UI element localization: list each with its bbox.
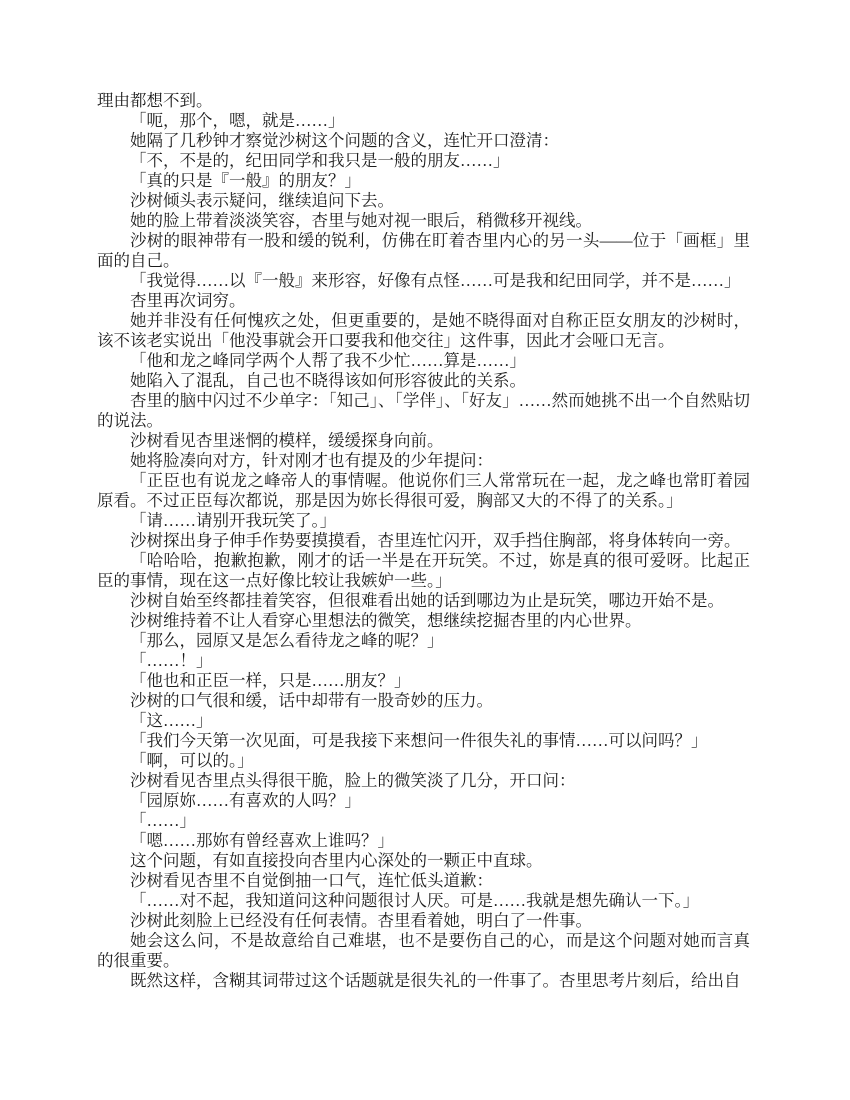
paragraph: 沙树倾头表示疑问，继续追问下去。 — [97, 191, 750, 211]
paragraph: 「他和龙之峰同学两个人帮了我不少忙……算是……」 — [97, 351, 750, 371]
paragraph: 她将脸凑向对方，针对刚才也有提及的少年提问： — [97, 451, 750, 471]
paragraph: 既然这样，含糊其词带过这个话题就是很失礼的一件事了。杏里思考片刻后，给出自 — [97, 971, 750, 991]
paragraph: 「这……」 — [97, 711, 750, 731]
paragraph: 杏里再次词穷。 — [97, 291, 750, 311]
paragraph: 「嗯……那妳有曾经喜欢上谁吗？」 — [97, 831, 750, 851]
paragraph: 她并非没有任何愧疚之处，但更重要的，是她不晓得面对自称正臣女朋友的沙树时，该不该… — [97, 311, 750, 351]
paragraph: 「啊，可以的。」 — [97, 751, 750, 771]
paragraph: 「……！」 — [97, 651, 750, 671]
paragraph: 理由都想不到。 — [97, 91, 750, 111]
paragraph: 沙树探出身子伸手作势要摸摸看，杏里连忙闪开，双手挡住胸部，将身体转向一旁。 — [97, 531, 750, 551]
paragraph: 她陷入了混乱，自己也不晓得该如何形容彼此的关系。 — [97, 371, 750, 391]
paragraph: 她会这么问，不是故意给自己难堪，也不是要伤自己的心，而是这个问题对她而言真的很重… — [97, 931, 750, 971]
paragraph: 「真的只是『一般』的朋友？」 — [97, 171, 750, 191]
paragraph: 沙树看见杏里不自觉倒抽一口气，连忙低头道歉： — [97, 871, 750, 891]
paragraph: 「请……请别开我玩笑了。」 — [97, 511, 750, 531]
paragraph: 「我觉得……以『一般』来形容，好像有点怪……可是我和纪田同学，并不是……」 — [97, 271, 750, 291]
paragraph: 「那么，园原又是怎么看待龙之峰的呢？」 — [97, 631, 750, 651]
paragraph: 沙树的眼神带有一股和缓的锐利，仿佛在盯着杏里内心的另一头——位于「画框」里面的自… — [97, 231, 750, 271]
paragraph: 「不，不是的，纪田同学和我只是一般的朋友……」 — [97, 151, 750, 171]
paragraph: 「他也和正臣一样，只是……朋友？」 — [97, 671, 750, 691]
paragraph: 沙树看见杏里点头得很干脆，脸上的微笑淡了几分，开口问： — [97, 771, 750, 791]
paragraph: 她的脸上带着淡淡笑容，杏里与她对视一眼后，稍微移开视线。 — [97, 211, 750, 231]
paragraph: 沙树的口气很和缓，话中却带有一股奇妙的压力。 — [97, 691, 750, 711]
paragraph: 沙树维持着不让人看穿心里想法的微笑，想继续挖掘杏里的内心世界。 — [97, 611, 750, 631]
paragraph: 她隔了几秒钟才察觉沙树这个问题的含义，连忙开口澄清： — [97, 131, 750, 151]
paragraph: 「我们今天第一次见面，可是我接下来想问一件很失礼的事情……可以问吗？」 — [97, 731, 750, 751]
paragraph: 沙树自始至终都挂着笑容，但很难看出她的话到哪边为止是玩笑，哪边开始不是。 — [97, 591, 750, 611]
paragraph: 「……对不起，我知道问这种问题很讨人厌。可是……我就是想先确认一下。」 — [97, 891, 750, 911]
text-block: 理由都想不到。「呃，那个，嗯，就是……」她隔了几秒钟才察觉沙树这个问题的含义，连… — [97, 91, 750, 991]
paragraph: 「正臣也有说龙之峰帝人的事情喔。他说你们三人常常玩在一起，龙之峰也常盯着园原看。… — [97, 471, 750, 511]
document-page: 理由都想不到。「呃，那个，嗯，就是……」她隔了几秒钟才察觉沙树这个问题的含义，连… — [0, 0, 850, 1100]
paragraph: 沙树此刻脸上已经没有任何表情。杏里看着她，明白了一件事。 — [97, 911, 750, 931]
paragraph: 杏里的脑中闪过不少单字：「知己」、「学伴」、「好友」……然而她挑不出一个自然贴切… — [97, 391, 750, 431]
paragraph: 「……」 — [97, 811, 750, 831]
paragraph: 「哈哈哈，抱歉抱歉，刚才的话一半是在开玩笑。不过，妳是真的很可爱呀。比起正臣的事… — [97, 551, 750, 591]
paragraph: 「园原妳……有喜欢的人吗？」 — [97, 791, 750, 811]
paragraph: 「呃，那个，嗯，就是……」 — [97, 111, 750, 131]
paragraph: 这个问题，有如直接投向杏里内心深处的一颗正中直球。 — [97, 851, 750, 871]
paragraph: 沙树看见杏里迷惘的模样，缓缓探身向前。 — [97, 431, 750, 451]
